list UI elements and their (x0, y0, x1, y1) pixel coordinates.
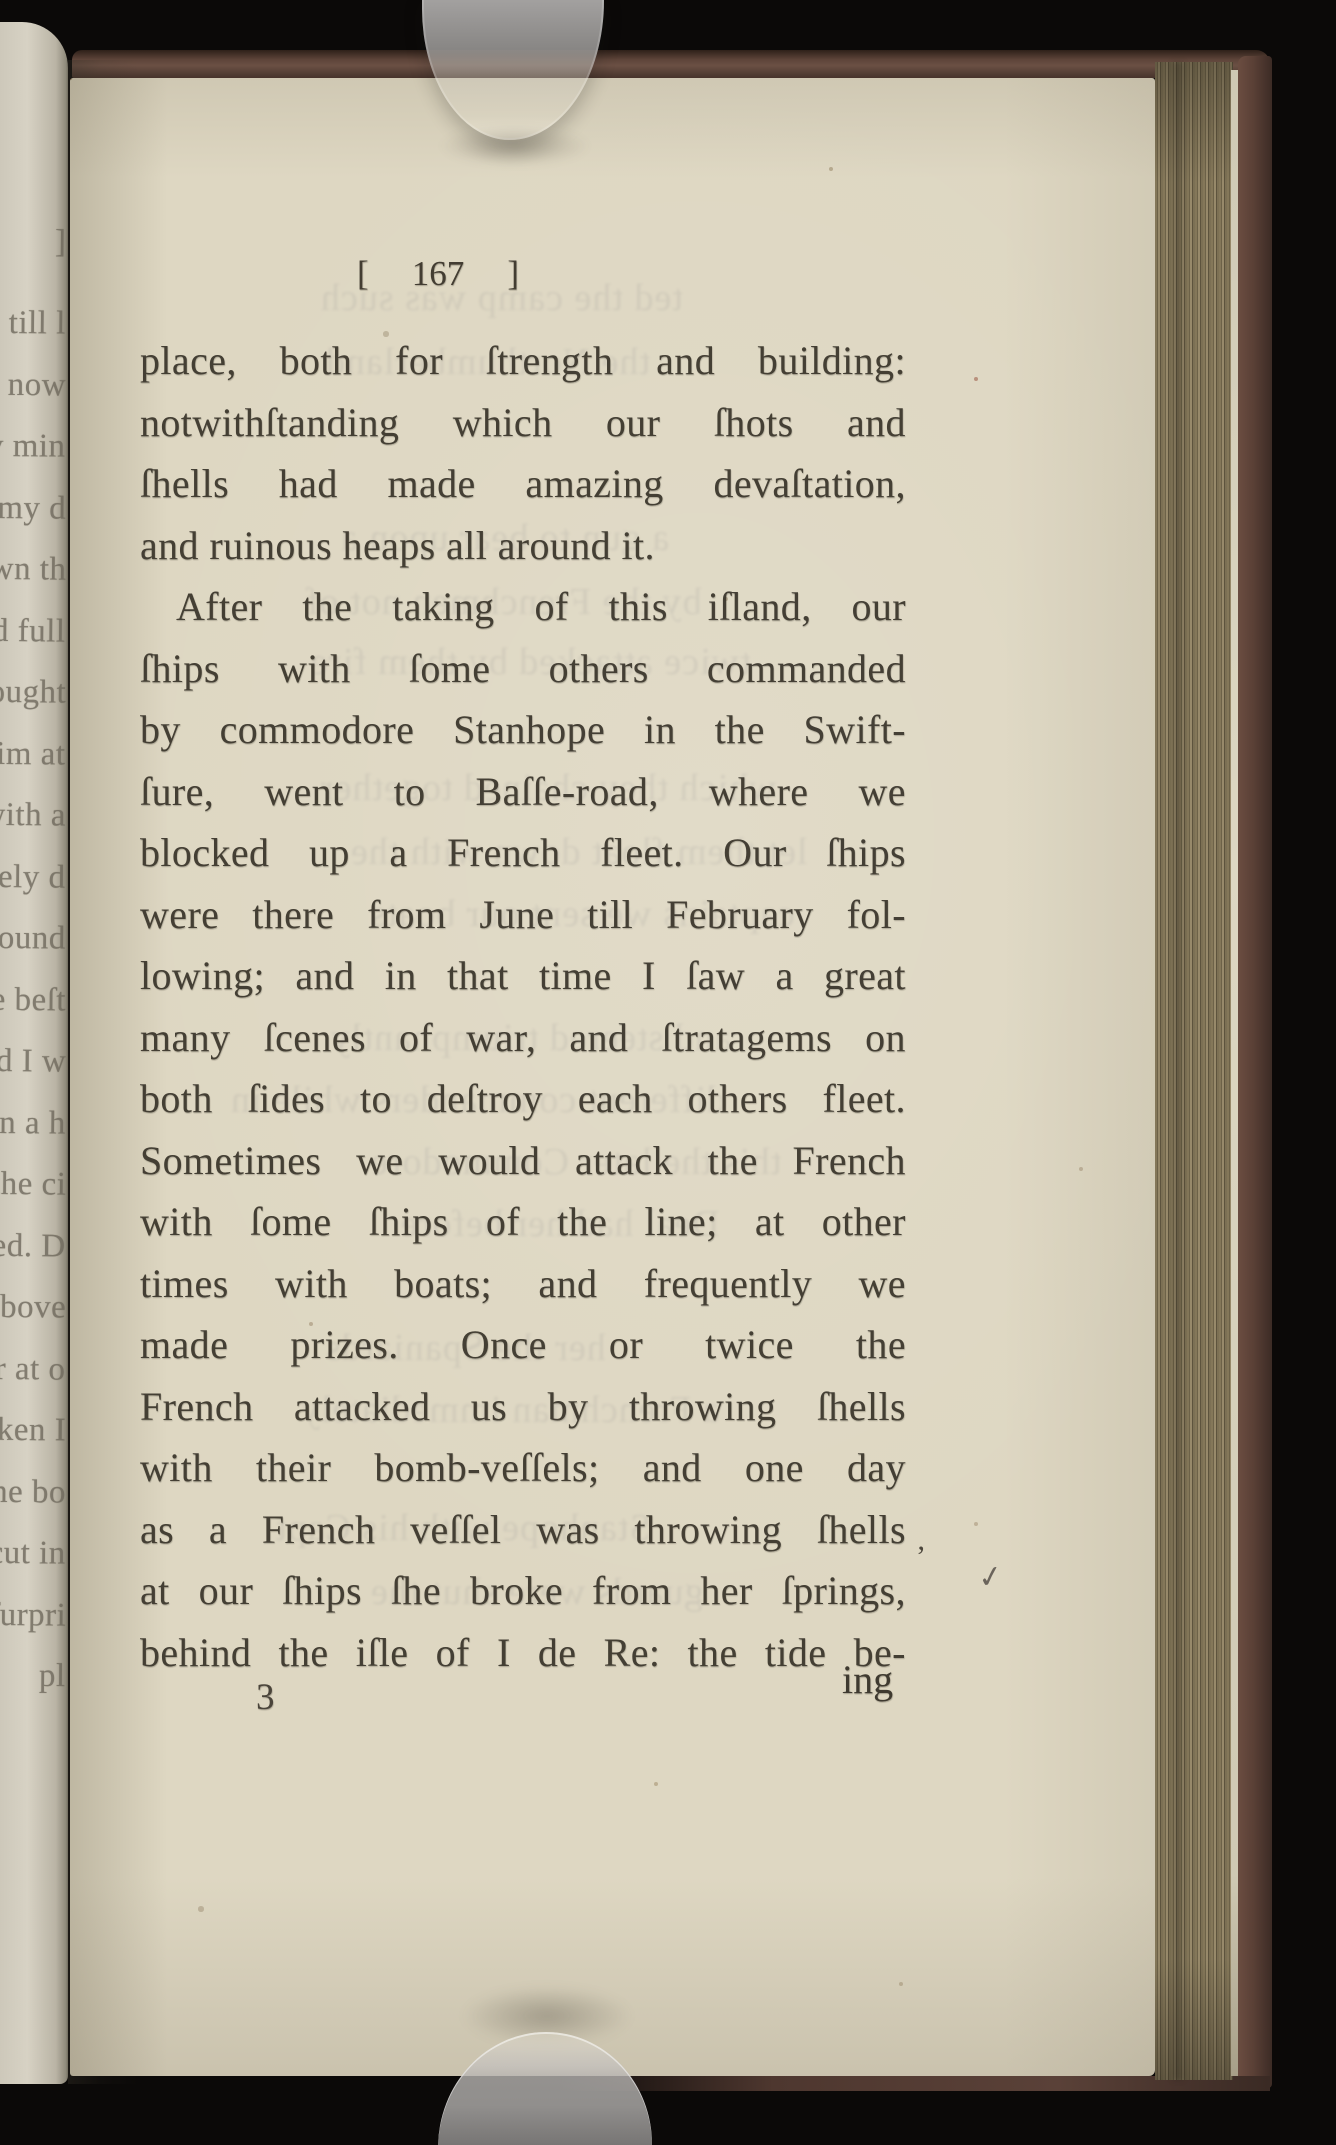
text-line: ſhipswithſomeotherscommanded (140, 638, 906, 700)
catchword: ing (842, 1656, 893, 1703)
facing-page-text-fragment: ain in a h (0, 1104, 66, 1142)
facing-page-text-fragment: ong till l (0, 304, 66, 342)
facing-page-text-fragment: taken I (0, 1412, 66, 1450)
text-line: weretherefromJunetillFebruaryfol- (140, 884, 906, 946)
book-scan-photo: ]ong till l. I nowd my minns of my do do… (0, 0, 1336, 2145)
text-line: and ruinous heaps all around it. (140, 515, 906, 577)
facing-page-text-fragment: it a ſurpri (0, 1596, 66, 1634)
text-line: SometimeswewouldattacktheFrench (140, 1130, 906, 1192)
facing-page-text-fragment: dered. D (0, 1227, 66, 1265)
text-line: place,bothforſtrengthandbuilding: (140, 330, 906, 392)
facing-page-text-fragment: o down th (0, 550, 66, 588)
paper-speckles (70, 78, 72, 80)
text-line: bycommodoreStanhopeintheSwift- (140, 699, 906, 761)
facing-page-text-fragment: ere cut in (0, 1534, 66, 1572)
text-line: blockedupaFrenchfleet.Ourſhips (140, 822, 906, 884)
header-bracket-open: [ (357, 254, 369, 294)
facing-page-text-fragment: eared full (0, 612, 66, 650)
signature-mark: 3 (256, 1676, 275, 1719)
facing-page-text-fragment: ] (54, 224, 66, 261)
text-line: manyſcenesofwar,andſtratagemson (140, 1007, 906, 1069)
facing-page-text-fragment: the beſt (0, 981, 66, 1019)
facing-page-text-fragment: ff him at (0, 735, 66, 773)
text-line: atourſhipsſhebrokefromherſprings, (140, 1560, 906, 1622)
text-line: lowing;andinthattimeIſawagreat (140, 945, 906, 1007)
text-line: timeswithboats;andfrequentlywe (140, 1253, 906, 1315)
body-text: place,bothforſtrengthandbuilding:notwith… (140, 330, 906, 1683)
text-line: withtheirbomb-veſſels;andoneday (140, 1437, 906, 1499)
header-bracket-close: ] (507, 254, 519, 294)
page-header: [ 167 ] (357, 254, 519, 294)
facing-page-text-fragment: e thought (0, 673, 66, 711)
stray-check-mark: ✓ (975, 1558, 1006, 1597)
facing-page-text-fragment: ed above (0, 1288, 66, 1326)
page-block-fore-edge (1155, 62, 1233, 2080)
facing-page-strip: ]ong till l. I nowd my minns of my do do… (0, 22, 68, 2084)
facing-page-text-fragment: . I now (0, 366, 66, 404)
text-line: madeprizes.Onceortwicethe (140, 1314, 906, 1376)
text-line: withſomeſhipsoftheline;atother (140, 1191, 906, 1253)
book-cover-top-edge (72, 50, 1270, 78)
facing-page-text-fragment: pl (39, 1658, 66, 1695)
facing-page-text-fragment: he air at o (0, 1350, 66, 1388)
text-line: notwithſtandingwhichourſhotsand (140, 392, 906, 454)
facing-page-text-fragment: s I found (0, 919, 66, 957)
text-line: Afterthetakingofthisiſland,our (140, 576, 906, 638)
stray-ink-mark: ’ (916, 1540, 926, 1574)
facing-page-text-fragment: in the bo (0, 1473, 66, 1511)
facing-page-text-fragment: ly with a (0, 796, 66, 834)
facing-page-text-fragment: d my min (0, 427, 66, 465)
page-number: 167 (412, 254, 465, 294)
book-cover-right-edge (1238, 56, 1272, 2088)
text-line: bothſidestodeſtroyeachothersfleet. (140, 1068, 906, 1130)
facing-page-text-fragment: ege the ci (0, 1165, 66, 1203)
facing-page-text-fragment: rtunately d (0, 858, 66, 896)
page-edge-highlight (1231, 70, 1238, 2076)
facing-page-text-fragment: ns of my d (0, 489, 66, 527)
text-line: ſhellshadmadeamazingdevaſtation, (140, 453, 906, 515)
facing-page-text-fragment: mined I w (0, 1042, 66, 1080)
text-line: ſure,wenttoBaſſe-road,wherewe (140, 761, 906, 823)
book-page: ted the camp was suchthe Northumberlanda… (70, 78, 1155, 2076)
text-line: behindtheiſleofIdeRe:thetidebe- (140, 1622, 906, 1684)
text-line: asaFrenchveſſelwasthrowingſhells (140, 1499, 906, 1561)
text-line: Frenchattackedusbythrowingſhells (140, 1376, 906, 1438)
